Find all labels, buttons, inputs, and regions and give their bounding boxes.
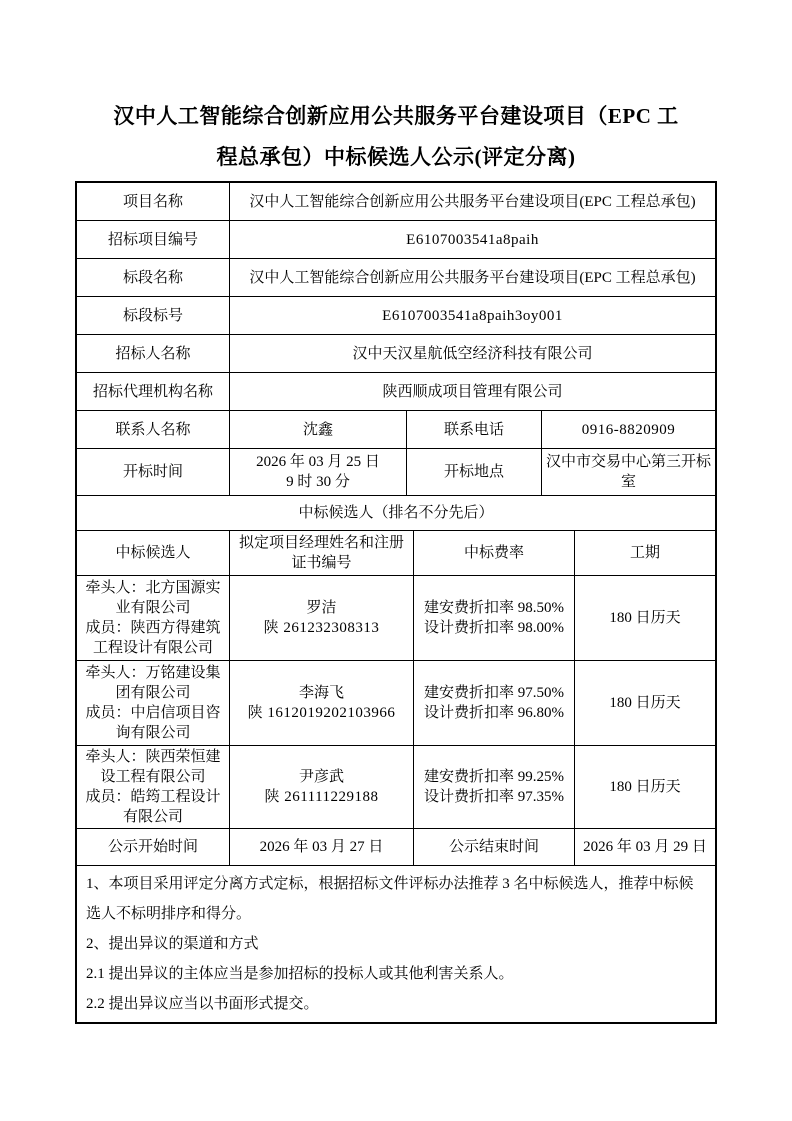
page-title: 汉中人工智能综合创新应用公共服务平台建设项目（EPC 工程总承包）中标候选人公示…: [110, 96, 682, 178]
candidate-member: 成员：陕西方得建筑工程设计有限公司: [81, 618, 225, 658]
manager-cert: 陕 261232308313: [264, 618, 380, 638]
candidate-lead: 牵头人：北方国源实业有限公司: [81, 578, 225, 618]
info-row-agency-name: 招标代理机构名称 陕西顺成项目管理有限公司: [77, 373, 715, 411]
candidate-rate: 建安费折扣率 99.25% 设计费折扣率 97.35%: [414, 746, 575, 829]
info-row-tender-project-no: 招标项目编号 E6107003541a8paih: [77, 221, 715, 259]
info-value: 陕西顺成项目管理有限公司: [230, 373, 715, 411]
candidate-duration: 180 日历天: [575, 576, 715, 661]
manager-name: 罗洁: [306, 598, 336, 618]
candidate-duration: 180 日历天: [575, 746, 715, 829]
candidate-companies: 牵头人：陕西荣恒建设工程有限公司 成员：皓筠工程设计有限公司: [77, 746, 230, 829]
publicity-row: 公示开始时间 2026 年 03 月 27 日 公示结束时间 2026 年 03…: [77, 829, 715, 866]
info-value: E6107003541a8paih3oy001: [230, 297, 715, 335]
info-row-section-name: 标段名称 汉中人工智能综合创新应用公共服务平台建设项目(EPC 工程总承包): [77, 259, 715, 297]
notes-row: 1、本项目采用评定分离方式定标，根据招标文件评标办法推荐 3 名中标候选人，推荐…: [77, 866, 715, 1022]
info-label: 项目名称: [77, 183, 230, 221]
note-line: 2.1 提出异议的主体应当是参加招标的投标人或其他利害关系人。: [86, 959, 514, 989]
publicity-start-value: 2026 年 03 月 27 日: [230, 829, 414, 866]
info-value: 汉中人工智能综合创新应用公共服务平台建设项目(EPC 工程总承包): [230, 183, 715, 221]
candidate-member: 成员：皓筠工程设计有限公司: [81, 787, 225, 827]
candidate-rate: 建安费折扣率 97.50% 设计费折扣率 96.80%: [414, 661, 575, 746]
info-label: 招标项目编号: [77, 221, 230, 259]
candidate-row: 牵头人：万铭建设集团有限公司 成员：中启信项目咨询有限公司 李海飞 陕 1612…: [77, 661, 715, 746]
opening-place-label: 开标地点: [407, 449, 542, 496]
contact-phone-label: 联系电话: [407, 411, 542, 449]
rate-design: 设计费折扣率 98.00%: [424, 618, 564, 638]
opening-place-value: 汉中市交易中心第三开标室: [542, 449, 715, 496]
info-label: 标段名称: [77, 259, 230, 297]
candidate-lead: 牵头人：万铭建设集团有限公司: [81, 663, 225, 703]
contact-name-label: 联系人名称: [77, 411, 230, 449]
note-line: 2、提出异议的渠道和方式: [86, 929, 259, 959]
manager-name: 尹彦武: [299, 767, 344, 787]
info-row-project-name: 项目名称 汉中人工智能综合创新应用公共服务平台建设项目(EPC 工程总承包): [77, 183, 715, 221]
candidates-header-row: 中标候选人 拟定项目经理姓名和注册证书编号 中标费率 工期: [77, 531, 715, 576]
candidate-manager: 尹彦武 陕 261111229188: [230, 746, 414, 829]
publicity-end-value: 2026 年 03 月 29 日: [575, 829, 715, 866]
opening-time-label: 开标时间: [77, 449, 230, 496]
publicity-end-label: 公示结束时间: [414, 829, 575, 866]
manager-cert: 陕 1612019202103966: [248, 703, 396, 723]
info-value: 汉中天汉星航低空经济科技有限公司: [230, 335, 715, 373]
opening-date: 2026 年 03 月 25 日: [256, 452, 380, 472]
candidates-title-row: 中标候选人（排名不分先后）: [77, 496, 715, 531]
opening-row: 开标时间 2026 年 03 月 25 日 9 时 30 分 开标地点 汉中市交…: [77, 449, 715, 496]
info-row-section-no: 标段标号 E6107003541a8paih3oy001: [77, 297, 715, 335]
contact-row: 联系人名称 沈鑫 联系电话 0916-8820909: [77, 411, 715, 449]
rate-construction: 建安费折扣率 99.25%: [424, 767, 564, 787]
header-rate: 中标费率: [414, 531, 575, 576]
candidate-member: 成员：中启信项目咨询有限公司: [81, 703, 225, 743]
candidate-lead: 牵头人：陕西荣恒建设工程有限公司: [81, 747, 225, 787]
info-label: 招标人名称: [77, 335, 230, 373]
candidate-manager: 罗洁 陕 261232308313: [230, 576, 414, 661]
note-line: 2.2 提出异议应当以书面形式提交。: [86, 989, 319, 1019]
info-value: 汉中人工智能综合创新应用公共服务平台建设项目(EPC 工程总承包): [230, 259, 715, 297]
contact-phone-value: 0916-8820909: [542, 411, 715, 449]
header-manager: 拟定项目经理姓名和注册证书编号: [230, 531, 414, 576]
info-value: E6107003541a8paih: [230, 221, 715, 259]
candidate-row: 牵头人：北方国源实业有限公司 成员：陕西方得建筑工程设计有限公司 罗洁 陕 26…: [77, 576, 715, 661]
note-line: 1、本项目采用评定分离方式定标，根据招标文件评标办法推荐 3 名中标候选人，推荐…: [86, 869, 706, 929]
publicity-start-label: 公示开始时间: [77, 829, 230, 866]
manager-name: 李海飞: [299, 683, 344, 703]
candidate-companies: 牵头人：万铭建设集团有限公司 成员：中启信项目咨询有限公司: [77, 661, 230, 746]
candidate-duration: 180 日历天: [575, 661, 715, 746]
header-candidate: 中标候选人: [77, 531, 230, 576]
candidate-companies: 牵头人：北方国源实业有限公司 成员：陕西方得建筑工程设计有限公司: [77, 576, 230, 661]
opening-clock: 9 时 30 分: [286, 472, 350, 492]
candidate-manager: 李海飞 陕 1612019202103966: [230, 661, 414, 746]
info-label: 标段标号: [77, 297, 230, 335]
rate-construction: 建安费折扣率 97.50%: [424, 683, 564, 703]
header-duration: 工期: [575, 531, 715, 576]
info-label: 招标代理机构名称: [77, 373, 230, 411]
announcement-table: 项目名称 汉中人工智能综合创新应用公共服务平台建设项目(EPC 工程总承包) 招…: [75, 181, 717, 1024]
candidates-section-title: 中标候选人（排名不分先后）: [77, 496, 715, 531]
manager-cert: 陕 261111229188: [264, 787, 378, 807]
candidate-row: 牵头人：陕西荣恒建设工程有限公司 成员：皓筠工程设计有限公司 尹彦武 陕 261…: [77, 746, 715, 829]
rate-construction: 建安费折扣率 98.50%: [424, 598, 564, 618]
rate-design: 设计费折扣率 96.80%: [424, 703, 564, 723]
candidate-rate: 建安费折扣率 98.50% 设计费折扣率 98.00%: [414, 576, 575, 661]
rate-design: 设计费折扣率 97.35%: [424, 787, 564, 807]
opening-time-value: 2026 年 03 月 25 日 9 时 30 分: [230, 449, 407, 496]
info-row-tenderer-name: 招标人名称 汉中天汉星航低空经济科技有限公司: [77, 335, 715, 373]
contact-name-value: 沈鑫: [230, 411, 407, 449]
notes-cell: 1、本项目采用评定分离方式定标，根据招标文件评标办法推荐 3 名中标候选人，推荐…: [77, 866, 715, 1022]
